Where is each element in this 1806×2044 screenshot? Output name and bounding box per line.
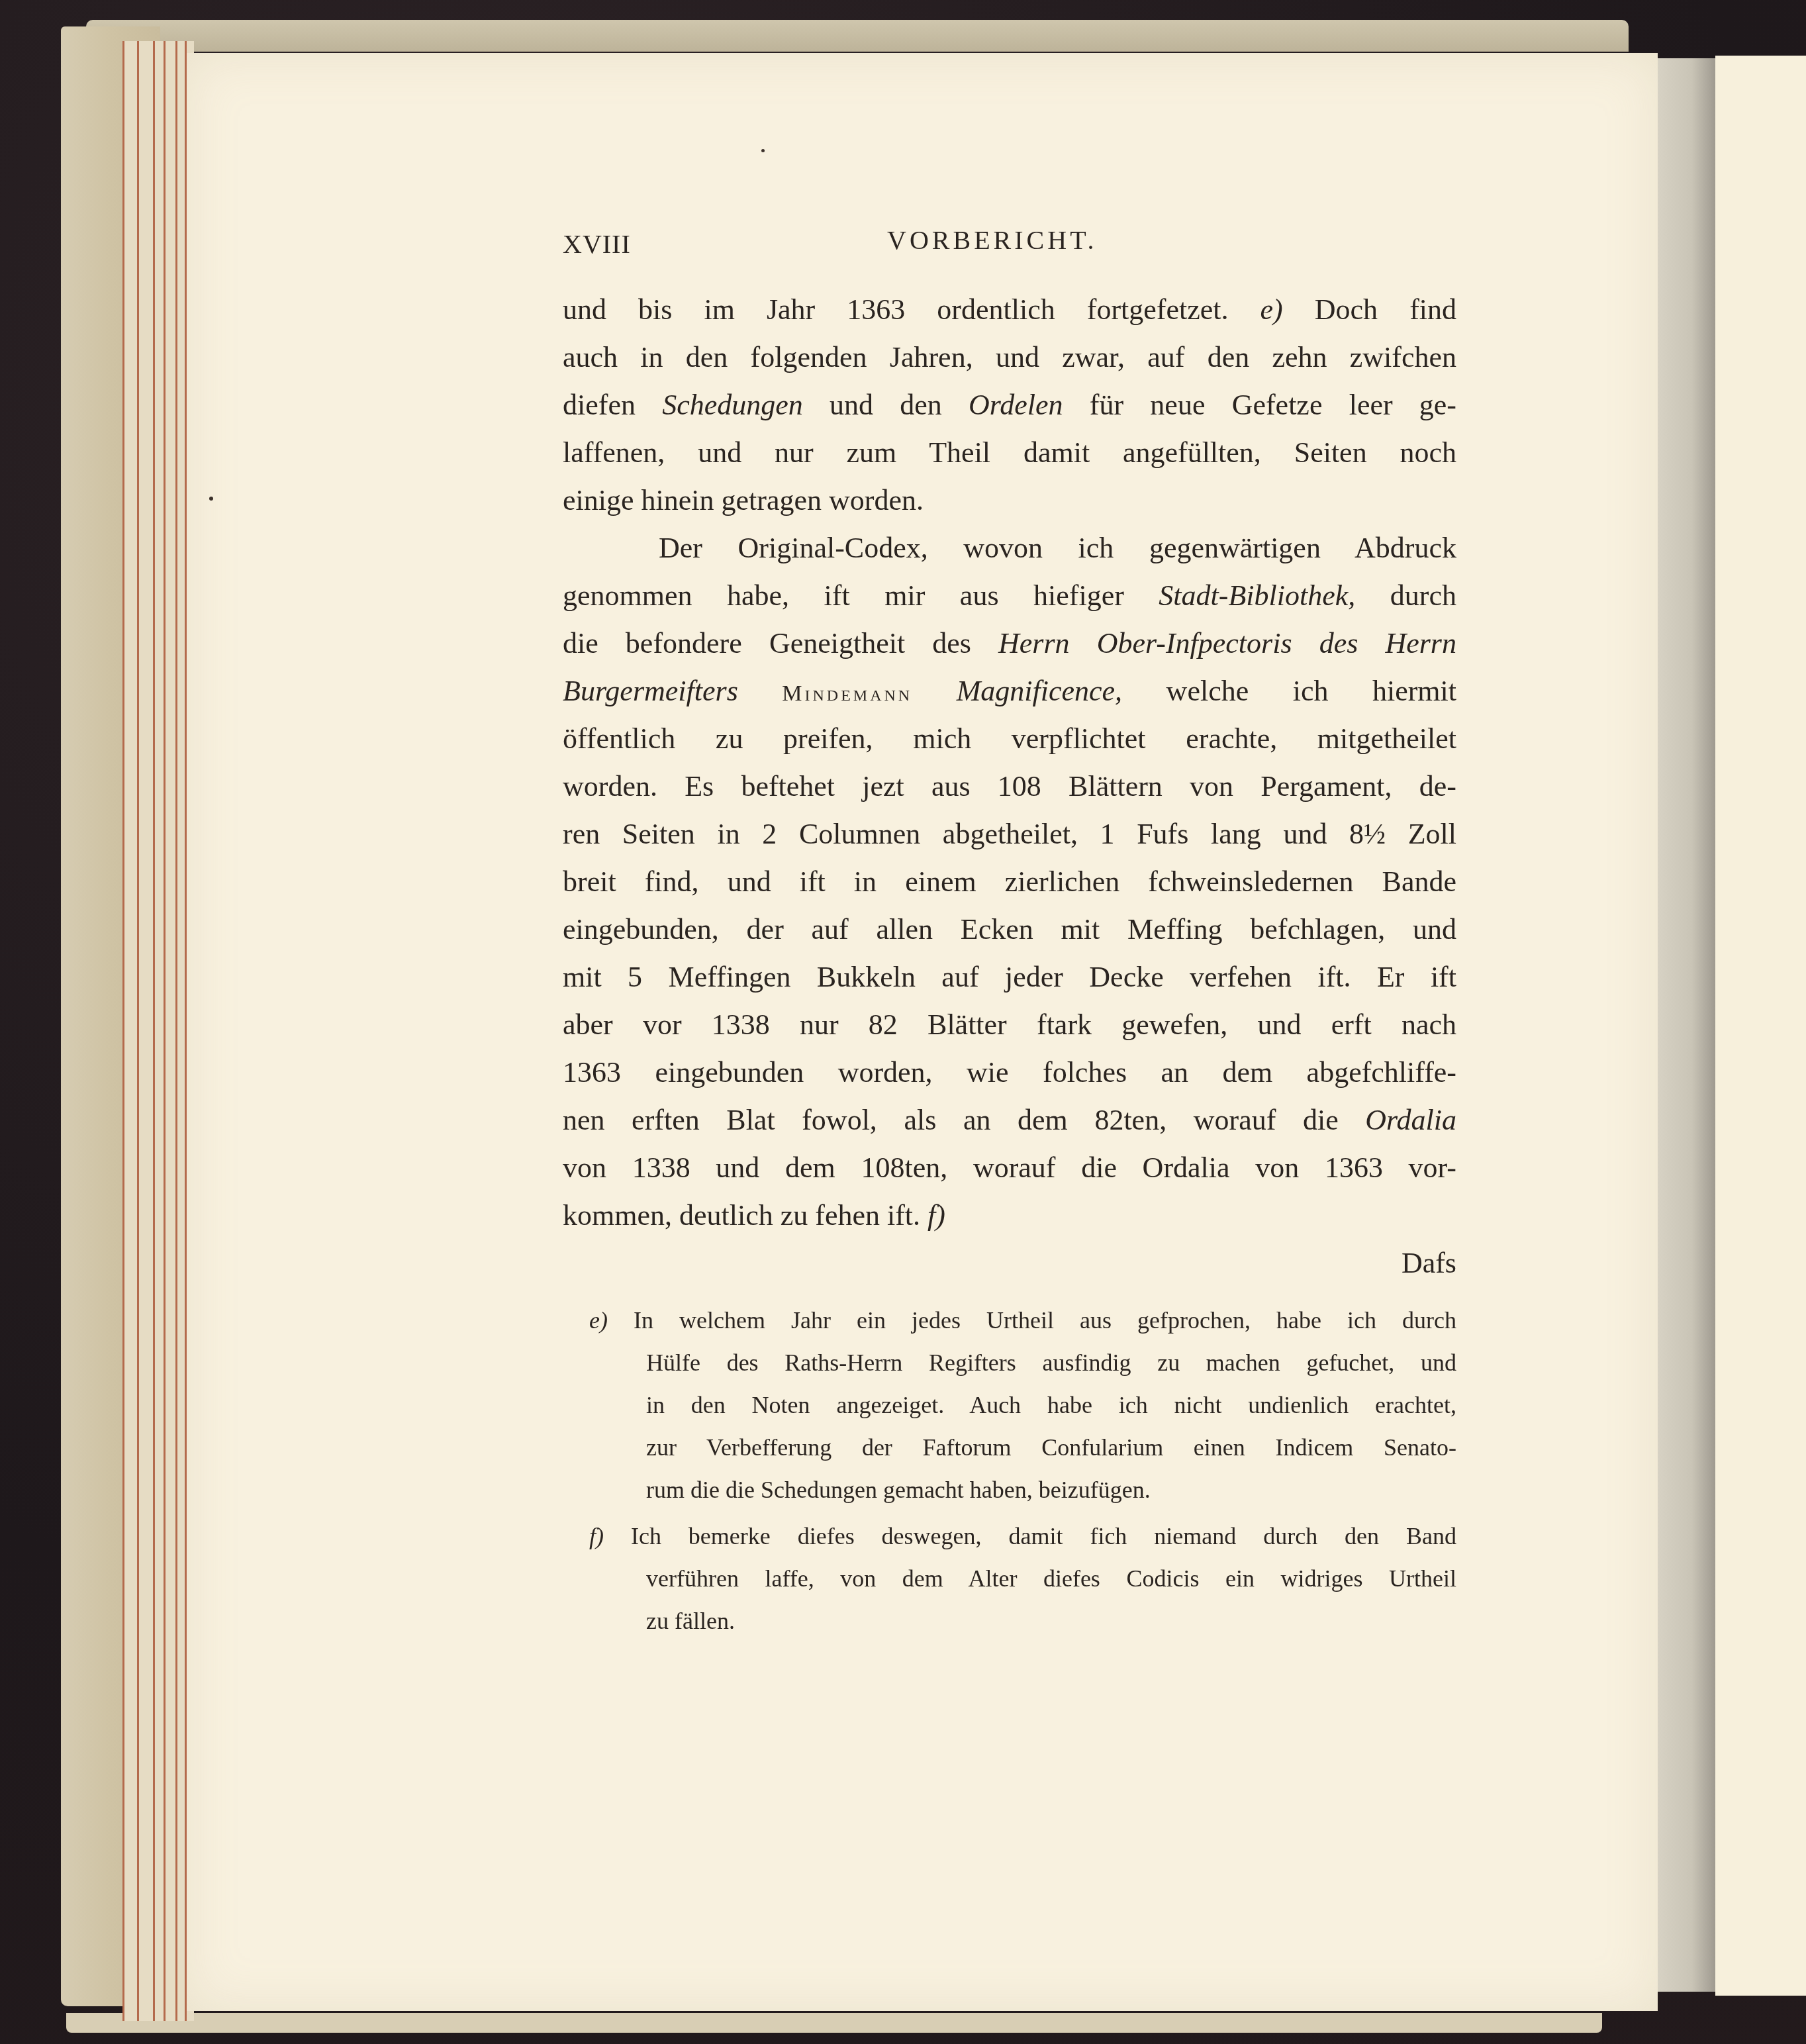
footnote-line: zur Verbefferung der Faftorum Confulariu… <box>646 1432 1456 1463</box>
gutter-shadow <box>1657 58 1715 1992</box>
text-line: aber vor 1338 nur 82 Blätter ftark gewef… <box>563 1006 1456 1044</box>
text-line: von 1338 und dem 108ten, worauf die Orda… <box>563 1149 1456 1187</box>
text-line: kommen, deutlich zu fehen ift. f) <box>563 1197 1456 1234</box>
footnote-f: f) Ich bemerke diefes deswegen, damit fi… <box>589 1520 1456 1552</box>
footnote-line: in den Noten angezeiget. Auch habe ich n… <box>646 1389 1456 1421</box>
page-edges-stack <box>122 41 195 2021</box>
text-line: öffentlich zu preifen, mich verpflichtet… <box>563 720 1456 757</box>
text-line: laffenen, und nur zum Theil damit angefü… <box>563 434 1456 471</box>
book-cover-bottom <box>66 2013 1602 2033</box>
section-title: VORBERICHT. <box>887 224 1098 256</box>
text-line: breit find, und ift in einem zierlichen … <box>563 863 1456 900</box>
text-line: genommen habe, ift mir aus hiefiger Stad… <box>563 577 1456 614</box>
text-line: und bis im Jahr 1363 ordentlich fortgefe… <box>563 291 1456 328</box>
text-line: Dafs <box>563 1245 1456 1282</box>
text-line: Der Original-Codex, wovon ich gegenwärti… <box>563 530 1456 567</box>
text-line: worden. Es beftehet jezt aus 108 Blätter… <box>563 768 1456 805</box>
text-line: Burgermeifters Mindemann Magnificence, w… <box>563 673 1456 712</box>
text-line: auch in den folgenden Jahren, und zwar, … <box>563 339 1456 376</box>
text-line: die befondere Geneigtheit des Herrn Ober… <box>563 625 1456 662</box>
book-cover-top <box>86 20 1629 52</box>
footnote-e: e) In welchem Jahr ein jedes Urtheil aus… <box>589 1304 1456 1336</box>
ink-speck <box>761 149 765 152</box>
footnote-marker: f) <box>589 1523 631 1549</box>
footnote-marker: e) <box>589 1307 634 1334</box>
ink-speck <box>209 497 213 501</box>
text-line: diefen Schedungen und den Ordelen für ne… <box>563 387 1456 424</box>
text-line: nen erften Blat fowol, als an dem 82ten,… <box>563 1102 1456 1139</box>
running-head: XVIII VORBERICHT. <box>563 228 1456 268</box>
text-line: einige hinein getragen worden. <box>563 482 1456 519</box>
page-number: XVIII <box>563 228 631 260</box>
footnote-line: verführen laffe, von dem Alter diefes Co… <box>646 1563 1456 1594</box>
text-line: mit 5 Meffingen Bukkeln auf jeder Decke … <box>563 959 1456 996</box>
facing-page-edge <box>1715 56 1806 1996</box>
text-line: ren Seiten in 2 Columnen abgetheilet, 1 … <box>563 816 1456 853</box>
text-line: 1363 eingebunden worden, wie folches an … <box>563 1054 1456 1091</box>
footnote-line: Hülfe des Raths-Herrn Regifters ausfindi… <box>646 1347 1456 1379</box>
footnote-line: rum die die Schedungen gemacht haben, be… <box>646 1474 1456 1506</box>
footnote-line: zu fällen. <box>646 1605 1456 1637</box>
text-line: eingebunden, der auf allen Ecken mit Mef… <box>563 911 1456 948</box>
